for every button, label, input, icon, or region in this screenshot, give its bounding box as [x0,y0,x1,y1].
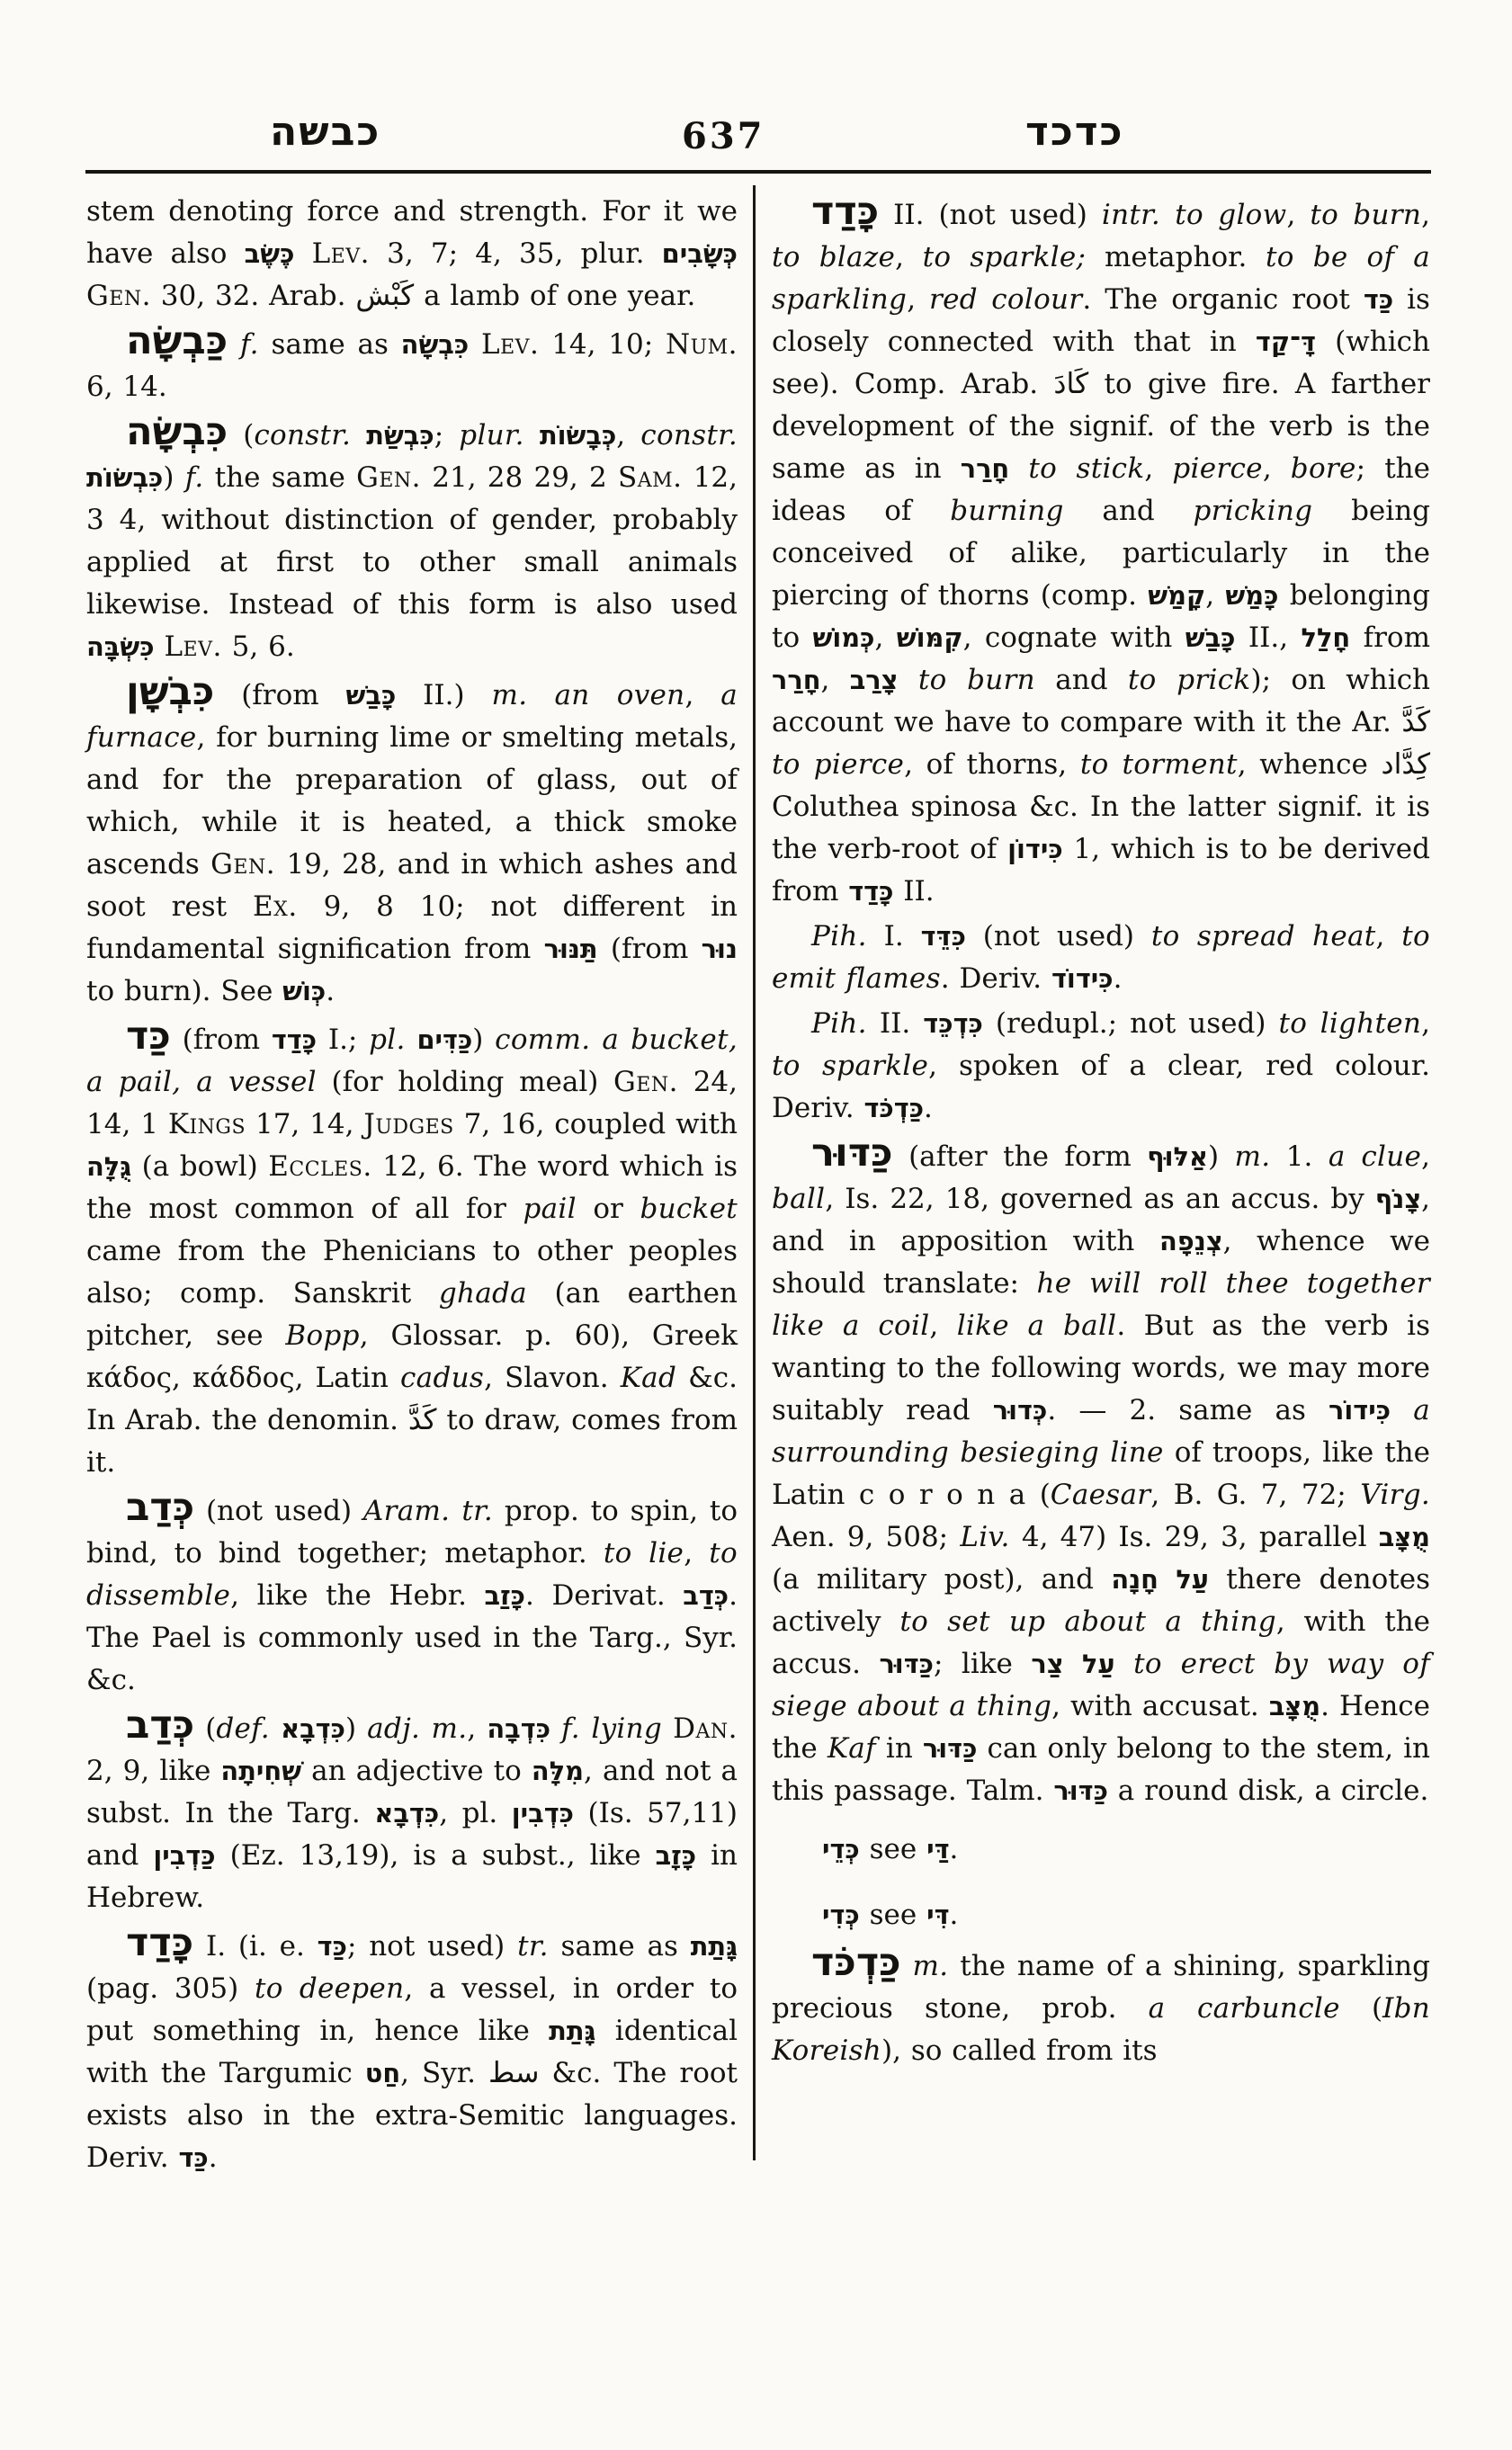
dictionary-paragraph: כְּדֵי see דַּי. [772,1829,1430,1871]
hebrew-word: חָרַר [961,453,1010,484]
hebrew-word: כִּדְבִין [512,1798,574,1829]
arabic-word: كَدَّ [1401,706,1430,738]
hebrew-word: קִמּוֹשׁ [897,622,963,653]
dictionary-paragraph: כָּדַד I. (i. e. כַּד; not used) tr. sam… [86,1922,738,2179]
hebrew-word: דָּ־קַד [1256,326,1316,357]
hebrew-word: כָּמַשׁ [1225,580,1278,611]
hebrew-word: כִּידוֹד [1051,963,1114,994]
dictionary-paragraph: stem denoting force and strength. For it… [86,191,738,317]
hebrew-word: כַּדִּים [416,1024,472,1055]
page-number: 637 [682,115,765,157]
column-divider [753,185,756,2160]
hebrew-word: תַּנּוּר [544,934,598,964]
hebrew-word: כְּדִי [822,1900,860,1930]
hebrew-word: כָּזָב [656,1840,696,1871]
dictionary-paragraph: כַּדּוּר (after the form אַלּוּף) m. 1. … [772,1132,1430,1812]
hebrew-word: כַּד [178,2142,208,2173]
hebrew-word: כַּדְבִין [153,1840,215,1871]
hebrew-word: כִּבְשָׁן [126,669,214,714]
hebrew-word: כָּבַשׁ [1185,622,1236,653]
dictionary-paragraph: כַּדְכֹּד m. the name of a shining, spar… [772,1942,1430,2072]
hebrew-word: עַל [1082,1649,1115,1679]
hebrew-word: כְּבָשׂוֹת [540,420,616,451]
hebrew-word: צַר [1031,1649,1063,1679]
hebrew-word: חָלַל [1302,622,1351,653]
hebrew-word: כִּדְבָה [487,1713,550,1744]
hebrew-word: דִּי [926,1900,949,1930]
hebrew-word: קָמַשׁ [1148,580,1205,611]
hebrew-word: גָּתַת [549,2016,595,2046]
hebrew-word: כַּדּוּר [811,1131,893,1176]
hebrew-word: כִּבְשׂוֹת [86,462,163,493]
dictionary-paragraph: כַּבְשָׂה f. same as כִּבְשָׂה Lev. 14, … [86,320,738,408]
right-column: כָּדַד II. (not used) intr. to glow, to … [772,191,1430,2072]
hebrew-word: גָּתַת [691,1931,738,1962]
arabic-word: كَبْش [355,280,414,312]
header-keyword-right: כדכד [1025,110,1124,155]
hebrew-word: כַּדְכֹּד [811,1940,901,1985]
hebrew-word: מֻצָּב [1269,1691,1320,1721]
arabic-word: كِدَّاد [1382,748,1431,781]
dictionary-paragraph: כָּדַד II. (not used) intr. to glow, to … [772,191,1430,913]
hebrew-word: כַּדּוּר [923,1733,978,1764]
left-column: stem denoting force and strength. For it… [86,191,738,2179]
dictionary-paragraph: כִּבְשָׂה (constr. כִּבְשַׂת; plur. כְּב… [86,411,738,668]
hebrew-word: צָרַב [850,665,899,695]
arabic-word: كَدَّ [408,1404,437,1436]
hebrew-word: חָרַר [772,665,821,695]
hebrew-word: כַּדְכֹּד [863,1093,924,1123]
hebrew-word: כַּדּוּר [1053,1775,1108,1806]
hebrew-word: אַלּוּף [1147,1141,1208,1172]
dictionary-paragraph: כִּבְשָׁן (from כָּבַשׁ II.) m. an oven,… [86,671,738,1013]
hebrew-word: כָּדַד [811,189,879,234]
hebrew-word: כְּדַב [683,1580,729,1611]
hebrew-word: כַּד [126,1014,171,1059]
hebrew-word: כֶּשֶׂב [245,238,295,269]
header-keyword-left: כבשה [270,110,380,155]
hebrew-word: כִּשְׂבָּה [86,631,155,662]
hebrew-word: צָנֹף [1375,1184,1421,1214]
hebrew-word: חַט [365,2058,400,2088]
hebrew-word: כִּדְבָא [374,1798,439,1829]
dictionary-paragraph: כְּדִי see דִּי. [772,1894,1430,1936]
hebrew-word: כִּבְשָׂה [126,409,228,454]
hebrew-word: כְּדוּר [993,1395,1048,1426]
dictionary-paragraph: כַּד (from כָּדַד I.; pl. כַּדִּים) comm… [86,1015,738,1484]
hebrew-word: כִּידוֹן [1007,834,1063,864]
hebrew-word: כָּדַד [272,1024,317,1055]
hebrew-word: כִּדְכֵּד [923,1008,983,1039]
hebrew-word: כְּוֹשׁ [282,976,326,1006]
hebrew-word: כְּדַב [126,1703,194,1748]
hebrew-word: כָּדַד [848,876,893,907]
header-rule [85,170,1431,174]
hebrew-word: כַּד [318,1931,347,1962]
hebrew-word: כַּבְשָׂה [126,318,228,363]
dictionary-paragraph: כְּדַב (def. כִּדְבָא) adj. m., כִּדְבָה… [86,1704,738,1919]
dictionary-page: כבשה 637 כדכד stem denoting force and st… [0,0,1512,2450]
hebrew-word: כִּידוֹר [1329,1395,1391,1426]
hebrew-word: כַּד [1364,284,1393,315]
hebrew-word: חָנָה [1111,1564,1159,1595]
dictionary-paragraph: Pih. I. כִּדֵּד (not used) to spread hea… [772,916,1430,1000]
dictionary-paragraph: כְּדַב (not used) Aram. tr. prop. to spi… [86,1487,738,1702]
hebrew-word: כִּדֵּד [921,921,966,952]
hebrew-word: מֻצָּב [1379,1522,1430,1552]
dictionary-paragraph: Pih. II. כִּדְכֵּד (redupl.; not used) t… [772,1003,1430,1130]
hebrew-word: כְּדֵי [822,1834,860,1864]
hebrew-word: שְׁחִיתָה [220,1756,301,1786]
hebrew-word: כִּבְשָׂה [401,329,470,360]
arabic-word: كَادَ [1053,368,1088,400]
hebrew-word: כַּדּוּר [879,1649,934,1679]
hebrew-word: צְנֵפָה [1159,1226,1223,1256]
hebrew-word: כָּדַד [126,1920,193,1965]
hebrew-word: גֻּלָּה [86,1151,131,1182]
hebrew-word: כִּבְשַׂת [366,420,434,451]
hebrew-word: כָּבַשׁ [346,680,397,711]
hebrew-word: כְּשָׂבִים [662,238,738,269]
hebrew-word: כְּמוֹשׁ [813,622,875,653]
hebrew-word: מִלָּה [532,1756,584,1786]
hebrew-word: עַל [1176,1564,1209,1595]
hebrew-word: כְּדַב [126,1485,194,1530]
hebrew-word: דַּי [926,1834,949,1864]
hebrew-word: כָּזַב [485,1580,525,1611]
hebrew-word: כִּדְבָא [281,1713,345,1744]
arabic-word: سط [488,2057,540,2089]
hebrew-word: נוּר [702,934,738,964]
